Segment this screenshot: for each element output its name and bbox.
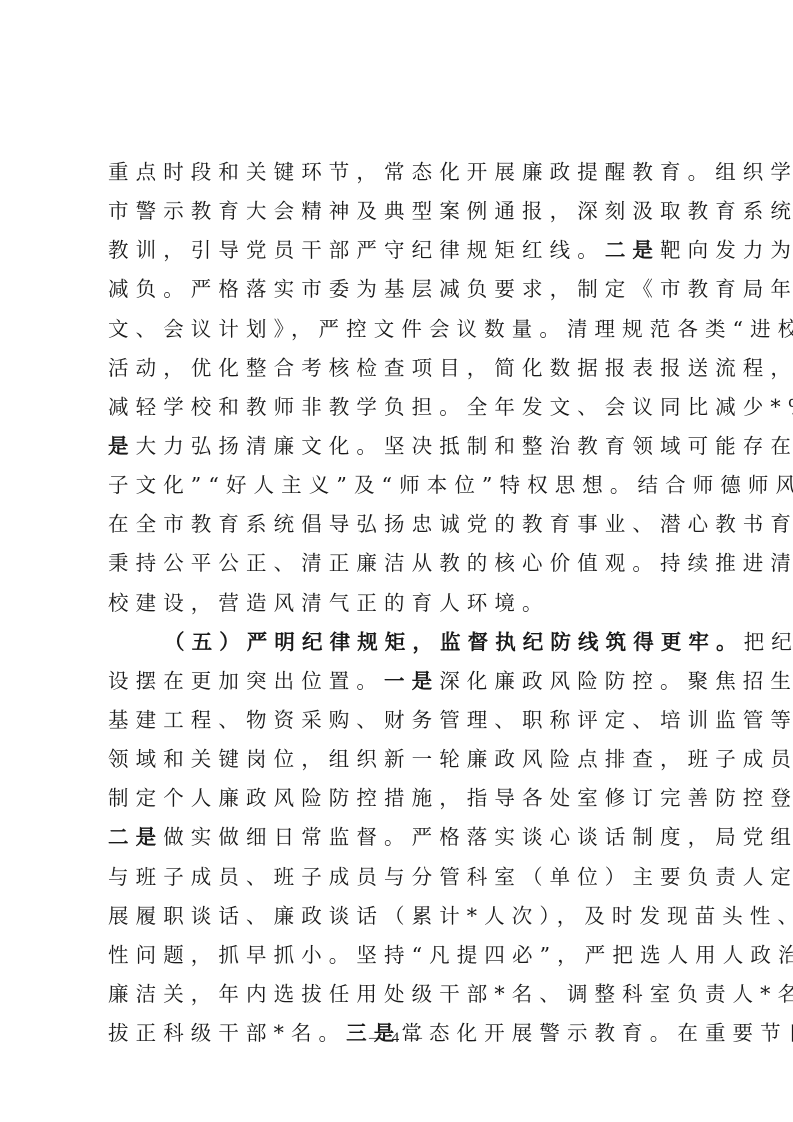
page-number: — 4 — bbox=[0, 1030, 793, 1047]
line-text: 文、会议计划》，严控文件会议数量。清理规范各类“进校园” bbox=[108, 317, 793, 341]
line-text: 秉持公平公正、清正廉洁从教的核心价值观。持续推进清廉学 bbox=[108, 551, 793, 575]
text-line: 文、会议计划》，严控文件会议数量。清理规范各类“进校园” bbox=[108, 310, 691, 349]
bold-lead-text: 是 bbox=[108, 434, 136, 458]
text-line: 减轻学校和教师非教学负担。全年发文、会议同比减少*%。三 bbox=[108, 388, 691, 427]
line-text: 校建设，营造风清气正的育人环境。 bbox=[108, 591, 550, 615]
text-line: 性问题，抓早抓小。坚持“凡提四必”，严把选人用人政治关、 bbox=[108, 936, 691, 975]
text-line: 是大力弘扬清廉文化。坚决抵制和整治教育领域可能存在的“圈 bbox=[108, 427, 691, 466]
text-line: 校建设，营造风清气正的育人环境。 bbox=[108, 584, 691, 623]
text-line: 减负。严格落实市委为基层减负要求，制定《市教育局年度发 bbox=[108, 270, 691, 309]
text-line: 廉洁关，年内选拔任用处级干部*名、调整科室负责人*名、提 bbox=[108, 975, 691, 1014]
line-text: 设摆在更加突出位置。 bbox=[108, 669, 384, 693]
line-text: 大力弘扬清廉文化。坚决抵制和整治教育领域可能存在的“圈 bbox=[136, 434, 793, 458]
line-text: 制定个人廉政风险防控措施，指导各处室修订完善防控登记表。 bbox=[108, 786, 793, 810]
text-line: 基建工程、物资采购、财务管理、职称评定、培训监管等重点 bbox=[108, 701, 691, 740]
text-line: 子文化”“好人主义”及“师本位”特权思想。结合师德师风建设， bbox=[108, 466, 691, 505]
line-text: 靶向发力为基层 bbox=[660, 238, 793, 262]
section-heading-line: （五）严明纪律规矩，监督执纪防线筑得更牢。把纪律建 bbox=[108, 623, 691, 662]
line-text: 减轻学校和教师非教学负担。全年发文、会议同比减少*%。 bbox=[108, 395, 793, 419]
text-line: 二是做实做细日常监督。严格落实谈心谈话制度，局党组书记 bbox=[108, 818, 691, 857]
text-line: 与班子成员、班子成员与分管科室（单位）主要负责人定期开 bbox=[108, 858, 691, 897]
line-text: 廉洁关，年内选拔任用处级干部*名、调整科室负责人*名、提 bbox=[108, 982, 793, 1006]
line-text: 把纪律建 bbox=[744, 630, 793, 654]
document-page: 重点时段和关键环节，常态化开展廉政提醒教育。组织学习省 市警示教育大会精神及典型… bbox=[0, 0, 793, 1122]
line-text: 教训，引导党员干部严守纪律规矩红线。 bbox=[108, 238, 605, 262]
line-text: 活动，优化整合考核检查项目，简化数据报表报送流程，切实 bbox=[108, 356, 793, 380]
line-text: 展履职谈话、廉政谈话（累计*人次），及时发现苗头性、倾向 bbox=[108, 904, 793, 928]
text-line: 重点时段和关键环节，常态化开展廉政提醒教育。组织学习省 bbox=[108, 153, 691, 192]
line-text: 基建工程、物资采购、财务管理、职称评定、培训监管等重点 bbox=[108, 708, 793, 732]
text-line: 设摆在更加突出位置。一是深化廉政风险防控。聚焦招生录取、 bbox=[108, 662, 691, 701]
line-text: 性问题，抓早抓小。坚持“凡提四必”，严把选人用人政治关、 bbox=[108, 943, 793, 967]
line-text: 子文化”“好人主义”及“师本位”特权思想。结合师德师风建设， bbox=[108, 473, 793, 497]
bold-lead-text: 一是 bbox=[384, 669, 439, 693]
line-text: 减负。严格落实市委为基层减负要求，制定《市教育局年度发 bbox=[108, 277, 793, 301]
line-text: 在全市教育系统倡导弘扬忠诚党的教育事业、潜心教书育人、 bbox=[108, 512, 793, 536]
line-text: 市警示教育大会精神及典型案例通报，深刻汲取教育系统反面 bbox=[108, 199, 793, 223]
line-text: 做实做细日常监督。严格落实谈心谈话制度，局党组书记 bbox=[163, 825, 793, 849]
section-heading: （五）严明纪律规矩，监督执纪防线筑得更牢。 bbox=[164, 630, 744, 654]
body-text: 重点时段和关键环节，常态化开展廉政提醒教育。组织学习省 市警示教育大会精神及典型… bbox=[108, 153, 698, 1053]
text-line: 展履职谈话、廉政谈话（累计*人次），及时发现苗头性、倾向 bbox=[108, 897, 691, 936]
text-line: 领域和关键岗位，组织新一轮廉政风险点排查，班子成员带头 bbox=[108, 740, 691, 779]
text-line: 秉持公平公正、清正廉洁从教的核心价值观。持续推进清廉学 bbox=[108, 544, 691, 583]
line-text: 深化廉政风险防控。聚焦招生录取、 bbox=[439, 669, 793, 693]
text-line: 活动，优化整合考核检查项目，简化数据报表报送流程，切实 bbox=[108, 349, 691, 388]
bold-lead-text: 二是 bbox=[605, 238, 660, 262]
line-text: 重点时段和关键环节，常态化开展廉政提醒教育。组织学习省 bbox=[108, 160, 793, 184]
text-line: 市警示教育大会精神及典型案例通报，深刻汲取教育系统反面 bbox=[108, 192, 691, 231]
text-line: 教训，引导党员干部严守纪律规矩红线。二是靶向发力为基层 bbox=[108, 231, 691, 270]
text-line: 在全市教育系统倡导弘扬忠诚党的教育事业、潜心教书育人、 bbox=[108, 505, 691, 544]
text-line: 制定个人廉政风险防控措施，指导各处室修订完善防控登记表。 bbox=[108, 779, 691, 818]
line-text: 与班子成员、班子成员与分管科室（单位）主要负责人定期开 bbox=[108, 865, 793, 889]
bold-lead-text: 二是 bbox=[108, 825, 163, 849]
line-text: 领域和关键岗位，组织新一轮廉政风险点排查，班子成员带头 bbox=[108, 747, 793, 771]
